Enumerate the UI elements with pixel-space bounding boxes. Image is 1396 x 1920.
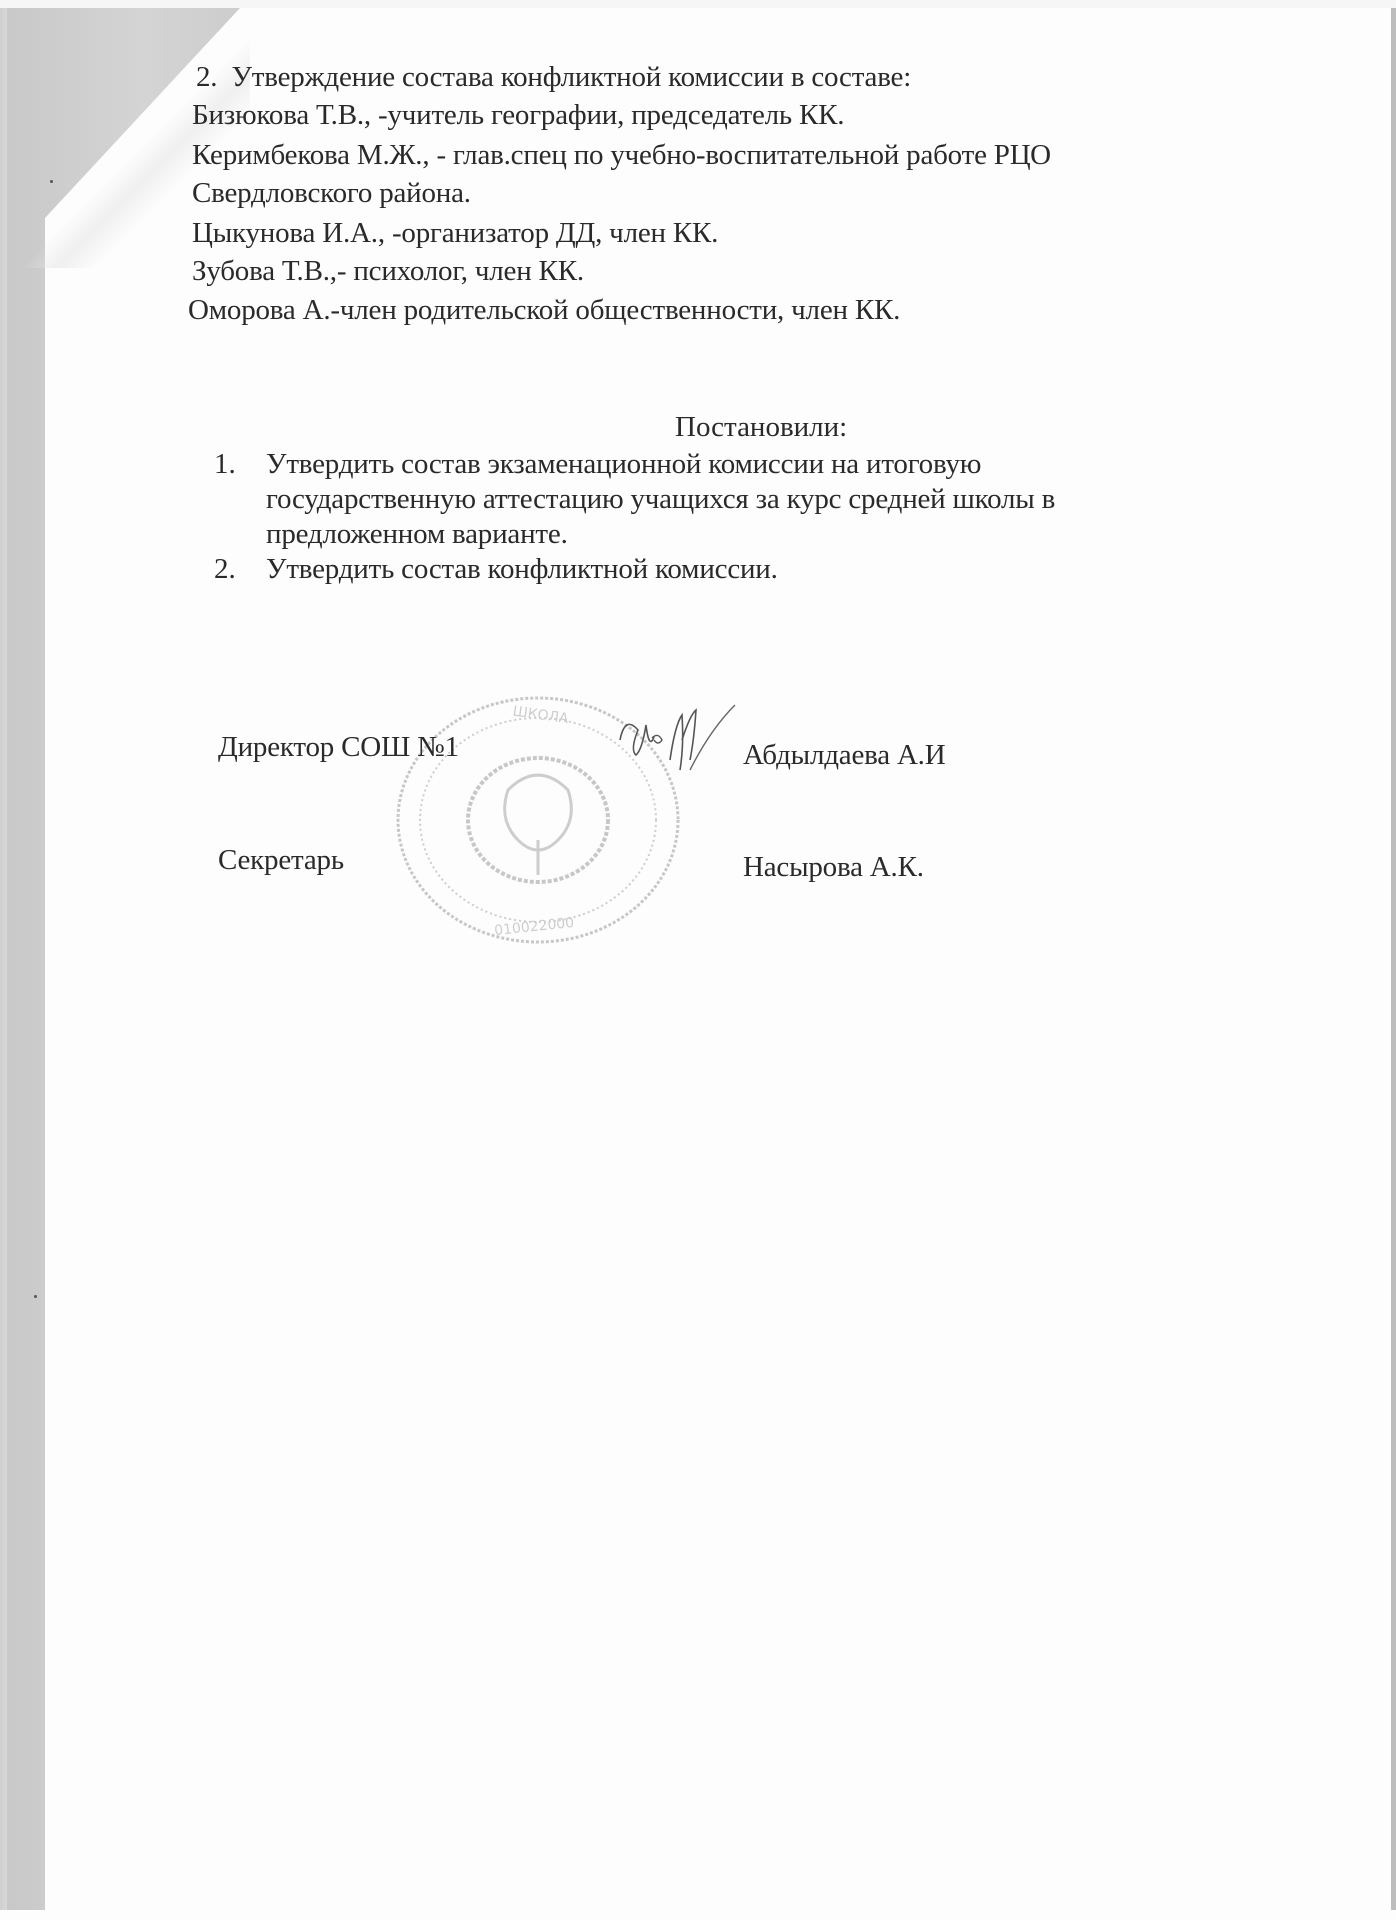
member-line: Свердловского района. bbox=[192, 176, 471, 210]
member-line: Зубова Т.В.,- психолог, член КК. bbox=[192, 254, 584, 288]
signatory-name-director: Абдылдаева А.И bbox=[743, 738, 945, 772]
scan-speck bbox=[50, 180, 53, 183]
signatory-role-director: Директор СОШ №1 bbox=[218, 730, 459, 764]
member-line: Цыкунова И.А., -организатор ДД, член КК. bbox=[192, 216, 718, 250]
member-line: Бизюкова Т.В., -учитель географии, предс… bbox=[192, 98, 844, 132]
signatory-name-secretary: Насырова А.К. bbox=[743, 850, 924, 884]
scan-edge-top bbox=[0, 0, 1396, 8]
section-item-number: 2. bbox=[196, 61, 217, 93]
resolution-number: 2. bbox=[214, 552, 236, 586]
resolution-line: Утвердить состав конфликтной комиссии. bbox=[266, 552, 778, 586]
member-line: Оморова А.-член родительской общественно… bbox=[188, 293, 900, 327]
member-line: Керимбекова М.Ж., - глав.спец по учебно-… bbox=[192, 138, 1051, 172]
section-item-title: Утверждение состава конфликтной комиссии… bbox=[231, 61, 911, 93]
resolution-line: предложенном варианте. bbox=[266, 517, 568, 551]
section-item-heading: 2. Утверждение состава конфликтной комис… bbox=[196, 60, 911, 94]
resolution-line: государственную аттестацию учащихся за к… bbox=[266, 482, 1055, 516]
resolution-line: Утвердить состав экзаменационной комисси… bbox=[266, 447, 981, 481]
resolution-heading: Постановили: bbox=[675, 410, 847, 444]
svg-text:ШКОЛА: ШКОЛА bbox=[512, 704, 570, 728]
resolution-number: 1. bbox=[214, 447, 236, 481]
scan-speck bbox=[34, 1295, 37, 1298]
scan-edge-right bbox=[1391, 8, 1396, 1910]
scan-edge-left bbox=[0, 8, 7, 1910]
handwritten-signature-icon bbox=[610, 700, 740, 790]
signatory-role-secretary: Секретарь bbox=[218, 843, 344, 877]
